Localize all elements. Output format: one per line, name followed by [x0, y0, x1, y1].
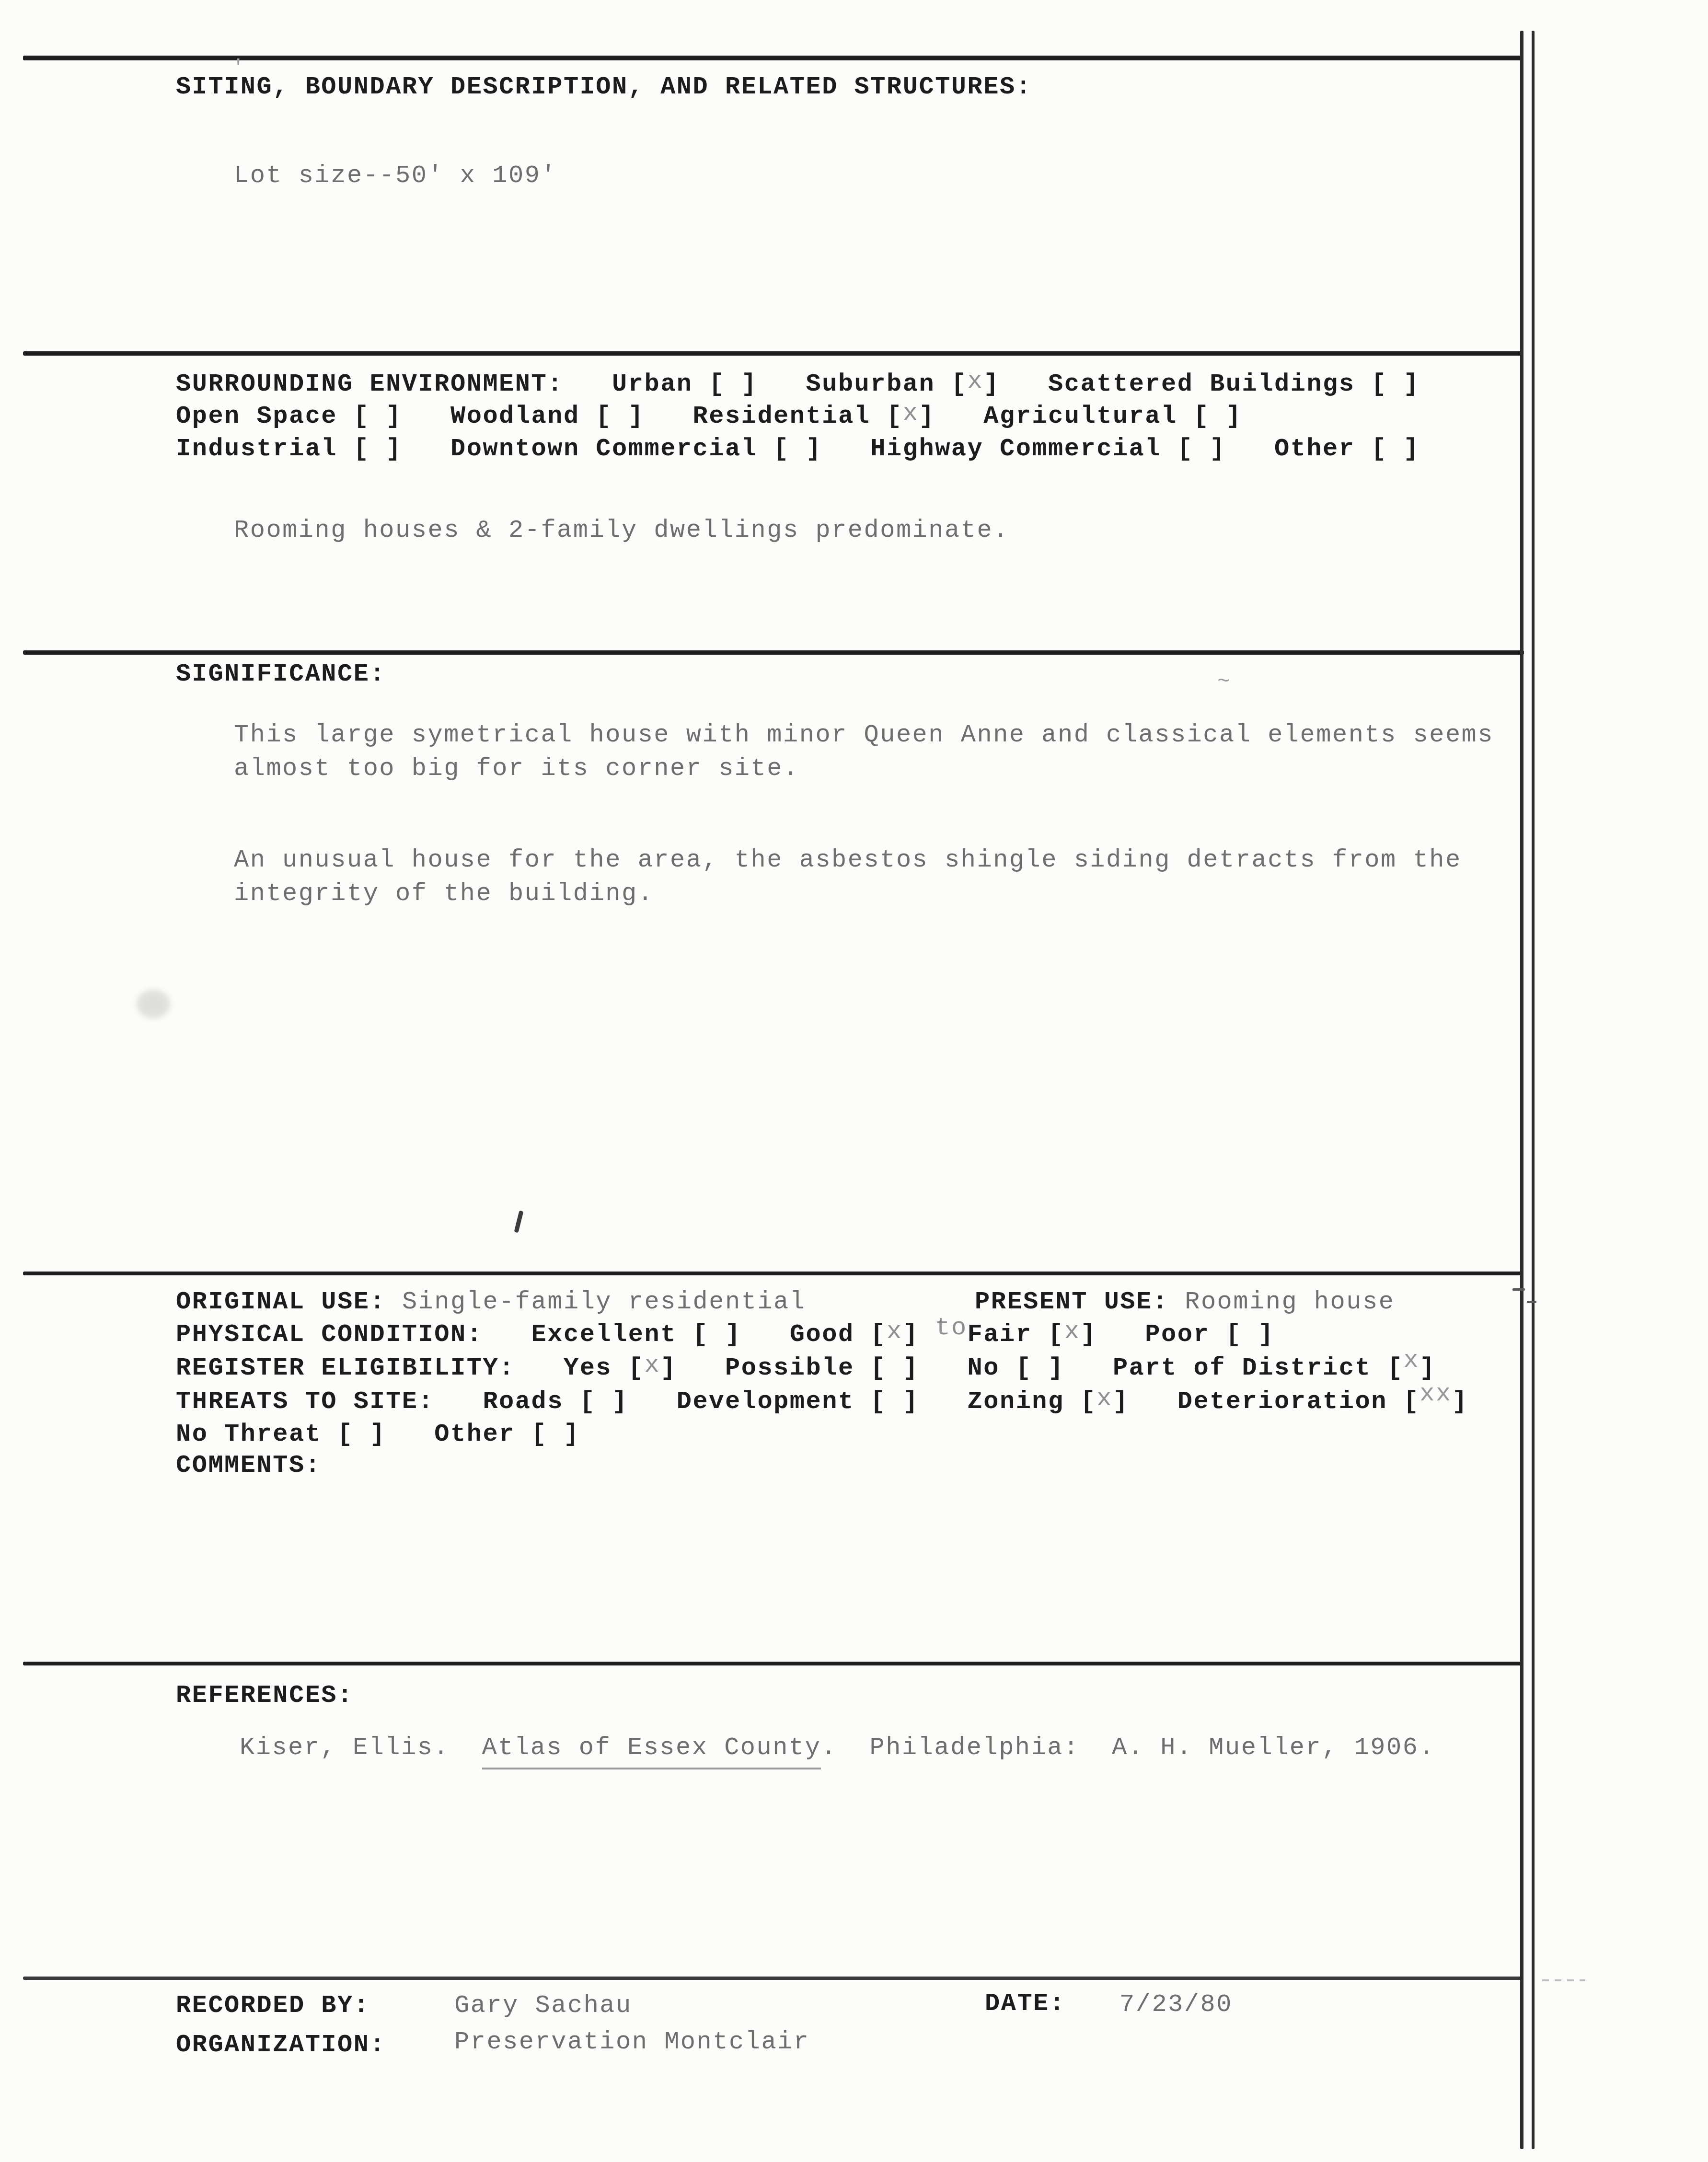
physical-condition-checkbox-row-t3: to	[935, 1314, 967, 1342]
environment-note: Rooming houses & 2-family dwellings pred…	[234, 517, 1009, 544]
horizontal-rule-1	[23, 56, 1522, 60]
environment-checkbox-row-1-t1: x	[968, 367, 984, 395]
scan-mark-5: ~	[1217, 670, 1230, 694]
physical-condition-checkbox-row-t1: x	[887, 1318, 903, 1346]
physical-condition-checkbox-row-t0: PHYSICAL CONDITION: Excellent [ ] Good [	[176, 1320, 887, 1349]
scan-mark-3	[1512, 1288, 1525, 1291]
date-label-t0: DATE:	[985, 1989, 1066, 2018]
recorded-by-value: Gary Sachau	[454, 1992, 632, 2019]
threats-to-site-checkbox-row-t3: xx	[1419, 1380, 1452, 1408]
threats-to-site-checkbox-row-t2: ] Deterioration [	[1113, 1387, 1419, 1416]
present-use-field-t0: PRESENT USE:	[975, 1288, 1185, 1316]
significance-paragraph-2-t0: An unusual house for the area, the asbes…	[234, 846, 1462, 908]
environment-checkbox-row-2-t1: x	[903, 399, 919, 428]
environment-checkbox-row-1-t0: SURROUNDING ENVIRONMENT: Urban [ ] Subur…	[176, 370, 968, 398]
environment-checkbox-row-1: SURROUNDING ENVIRONMENT: Urban [ ] Subur…	[176, 371, 1419, 398]
significance-paragraph-2: An unusual house for the area, the asbes…	[234, 844, 1462, 911]
scanned-survey-form-page: ~' SITING, BOUNDARY DESCRIPTION, AND REL…	[0, 0, 1708, 2162]
recorded-by-label: RECORDED BY:	[176, 1992, 369, 2019]
scan-mark-1	[514, 1211, 524, 1233]
lot-size-value: Lot size--50' x 109'	[234, 162, 557, 189]
organization-label: ORGANIZATION:	[176, 2032, 386, 2058]
date-label: DATE:	[985, 1990, 1066, 2017]
threats-to-site-checkbox-row-t0: THREATS TO SITE: Roads [ ] Development […	[176, 1387, 1096, 1416]
threats-to-site-checkbox-row-t1: x	[1096, 1385, 1113, 1413]
register-eligibility-checkbox-row-t0: REGISTER ELIGIBILITY: Yes [	[176, 1354, 644, 1382]
reference-citation-t2: . Philadelphia: A. H. Mueller, 1906.	[821, 1734, 1435, 1762]
significance-paragraph-1-t0: This large symetrical house with minor Q…	[234, 721, 1494, 783]
environment-checkbox-row-2-t2: ] Agricultural [ ]	[919, 402, 1242, 430]
physical-condition-checkbox-row-t5: x	[1064, 1318, 1081, 1346]
horizontal-rule-3	[23, 650, 1524, 655]
register-eligibility-checkbox-row-t4: ]	[1419, 1354, 1436, 1382]
significance-section-header: SIGNIFICANCE:	[176, 661, 386, 688]
comments-label-t0: COMMENTS:	[176, 1451, 321, 1480]
register-eligibility-checkbox-row-t3: x	[1404, 1346, 1420, 1375]
organization-label-t0: ORGANIZATION:	[176, 2031, 386, 2059]
physical-condition-checkbox-row-t6: ] Poor [ ]	[1081, 1320, 1274, 1349]
recorded-by-value-t0: Gary Sachau	[454, 1991, 632, 2020]
references-section-header: REFERENCES:	[176, 1682, 354, 1709]
scan-mark-4	[1527, 1301, 1536, 1303]
horizontal-rule-5	[23, 1662, 1522, 1665]
register-eligibility-checkbox-row: REGISTER ELIGIBILITY: Yes [x] Possible […	[176, 1355, 1436, 1382]
no-threat-other-checkbox-row-t0: No Threat [ ] Other [ ]	[176, 1420, 580, 1448]
horizontal-rule-4	[23, 1272, 1522, 1275]
vertical-border-line-1	[1520, 31, 1523, 2149]
environment-checkbox-row-3-t0: Industrial [ ] Downtown Commercial [ ] H…	[176, 435, 1419, 463]
significance-section-header-t0: SIGNIFICANCE:	[176, 660, 386, 688]
present-use-field-t1: Rooming house	[1185, 1288, 1395, 1316]
original-use-field: ORIGINAL USE: Single-family residential	[176, 1289, 806, 1316]
present-use-field: PRESENT USE: Rooming house	[975, 1289, 1395, 1316]
organization-value-t0: Preservation Montclair	[454, 2028, 810, 2056]
vertical-border-line-2	[1532, 31, 1535, 2149]
horizontal-rule-2	[23, 351, 1522, 356]
physical-condition-checkbox-row-t4: Fair [	[968, 1320, 1064, 1349]
register-eligibility-checkbox-row-t2: ] Possible [ ] No [ ] Part of District [	[660, 1354, 1403, 1382]
environment-checkbox-row-1-t2: ] Scattered Buildings [ ]	[983, 370, 1419, 398]
organization-value: Preservation Montclair	[454, 2029, 810, 2056]
physical-condition-checkbox-row-t2: ]	[903, 1320, 935, 1349]
scan-mark-2	[1542, 1979, 1585, 1981]
horizontal-rule-6	[23, 1977, 1523, 1980]
references-section-header-t0: REFERENCES:	[176, 1681, 354, 1710]
environment-checkbox-row-2: Open Space [ ] Woodland [ ] Residential …	[176, 403, 1242, 430]
siting-section-header: SITING, BOUNDARY DESCRIPTION, AND RELATE…	[176, 74, 1032, 101]
physical-condition-checkbox-row: PHYSICAL CONDITION: Excellent [ ] Good […	[176, 1321, 1274, 1348]
threats-to-site-checkbox-row-t4: ]	[1452, 1387, 1468, 1416]
environment-note-t0: Rooming houses & 2-family dwellings pred…	[234, 516, 1009, 544]
environment-checkbox-row-3: Industrial [ ] Downtown Commercial [ ] H…	[176, 436, 1419, 462]
reference-citation-t1: Atlas of Essex County	[482, 1734, 821, 1769]
significance-paragraph-1: This large symetrical house with minor Q…	[234, 718, 1494, 786]
date-value: 7/23/80	[1119, 1991, 1233, 2018]
date-value-t0: 7/23/80	[1119, 1990, 1233, 2019]
no-threat-other-checkbox-row: No Threat [ ] Other [ ]	[176, 1421, 580, 1448]
siting-section-header-t0: SITING, BOUNDARY DESCRIPTION, AND RELATE…	[176, 73, 1032, 101]
scan-mark-7	[137, 990, 170, 1018]
lot-size-value-t0: Lot size--50' x 109'	[234, 162, 557, 190]
original-use-field-t0: ORIGINAL USE:	[176, 1288, 402, 1316]
register-eligibility-checkbox-row-t1: x	[644, 1351, 660, 1379]
comments-label: COMMENTS:	[176, 1452, 321, 1479]
reference-citation-t0: Kiser, Ellis.	[240, 1734, 482, 1762]
recorded-by-label-t0: RECORDED BY:	[176, 1991, 369, 2020]
original-use-field-t1: Single-family residential	[402, 1288, 806, 1316]
reference-citation: Kiser, Ellis. Atlas of Essex County. Phi…	[240, 1734, 1435, 1761]
threats-to-site-checkbox-row: THREATS TO SITE: Roads [ ] Development […	[176, 1388, 1468, 1415]
environment-checkbox-row-2-t0: Open Space [ ] Woodland [ ] Residential …	[176, 402, 903, 430]
